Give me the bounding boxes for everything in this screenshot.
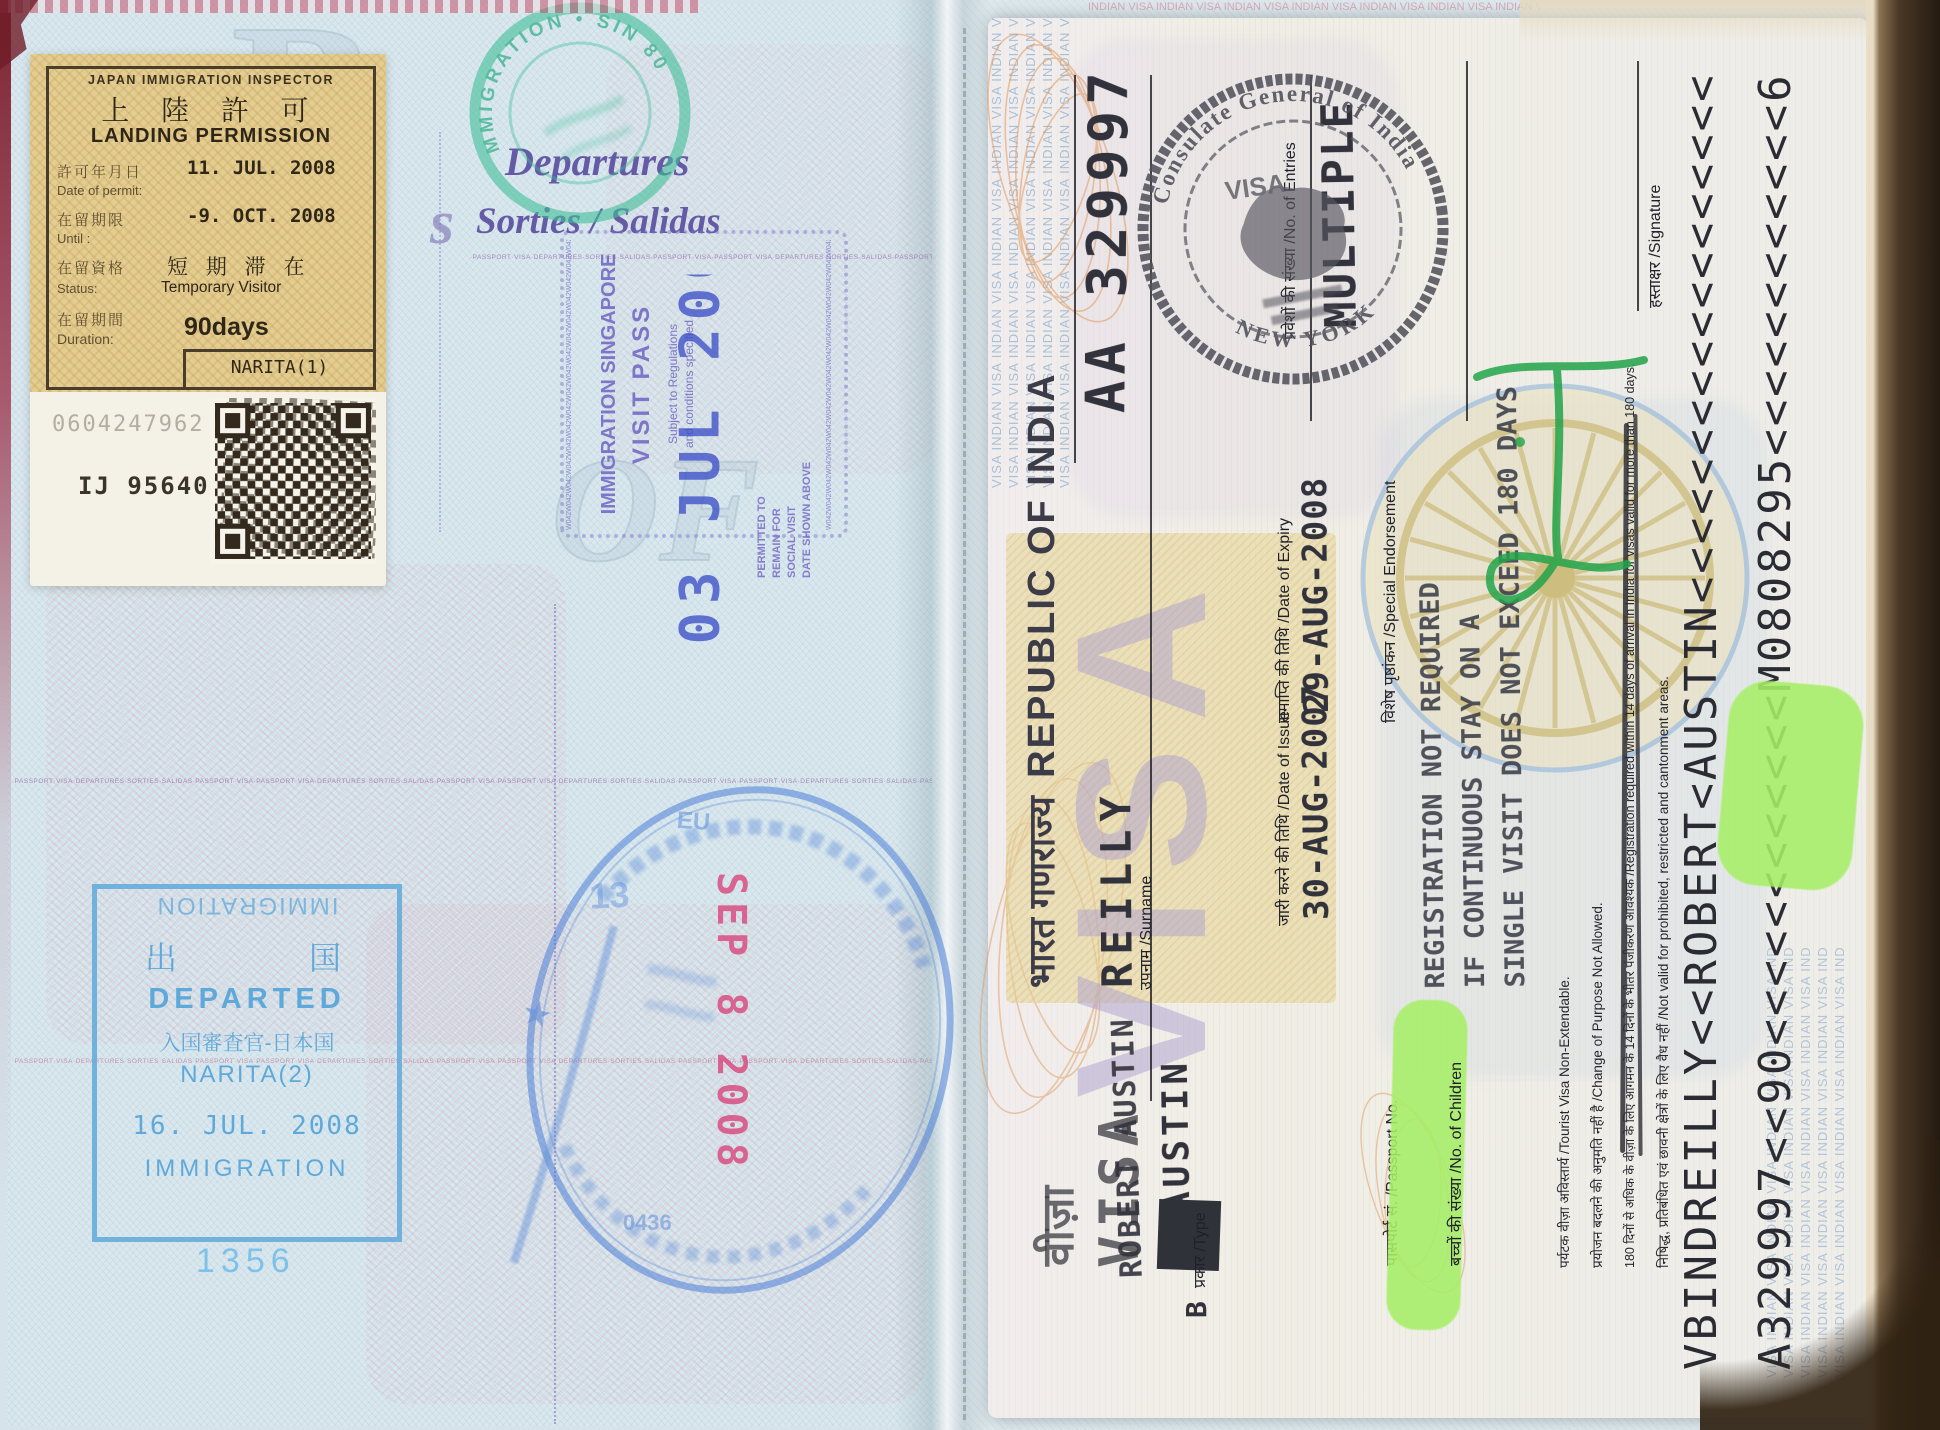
scan-edge-top-pattern — [0, 0, 700, 13]
condition-1: पर्यटक वीज़ा अविस्तार्य /Tourist Visa No… — [1548, 68, 1581, 1268]
date-of-expiry-value: 29-AUG-2008 — [1295, 477, 1337, 714]
date-of-permit-label-jp: 許可年月日 — [57, 161, 142, 182]
date-of-issue-label: जारी करने की तिथि /Date of Issue — [1272, 711, 1294, 926]
oval-stamp-mark-13: 13 — [588, 874, 630, 917]
japan-landing-permission-sticker: JAPAN IMMIGRATION INSPECTOR 上 陸 許 可 LAND… — [30, 54, 386, 586]
status-label-jp: 在留資格 — [57, 257, 125, 278]
page-corner-bottom-right — [1700, 1140, 1940, 1430]
duration-value: 90days — [184, 313, 269, 342]
date-of-permit-value: 11. JUL. 2008 — [187, 157, 336, 179]
status-value-en: Temporary Visitor — [161, 279, 281, 297]
departed-date: 16. JUL. 2008 — [97, 1111, 397, 1141]
sticker-title: LANDING PERMISSION — [49, 125, 373, 148]
consulate-general-round-stamp: Consulate General of India NEW YORK VISA — [1128, 64, 1458, 394]
green-round-immigration-stamp: • IMMIGRATION • SIN 800 • — [455, 0, 705, 242]
date-of-permit-label-en: Date of permit: — [57, 183, 142, 198]
security-dotted-line — [439, 132, 441, 532]
oval-stamp-mark-eu: EU — [676, 807, 711, 836]
visa-conditions: पर्यटक वीज़ा अविस्तार्य /Tourist Visa No… — [1548, 68, 1680, 1268]
visa-watermark: VISA — [1036, 562, 1248, 1098]
special-endorsement-label: विशेष पृष्ठांकन /Special Endorsement — [1378, 481, 1400, 723]
condition-2: प्रयोजन बदलने की अनुमति नहीं है /Change … — [1581, 68, 1614, 1268]
departed-kanji-left: 出 — [145, 933, 177, 979]
departed-kanji-right: 国 — [309, 933, 341, 979]
red-date-stamp: SEP 8 2008 — [662, 872, 754, 1202]
singapore-stamp-title: IMMIGRATION SINGAPORE — [598, 234, 621, 534]
surname-label: उपनाम /Surname — [1134, 876, 1156, 990]
sticker-serial-faint: 0604247962 — [52, 412, 204, 437]
condition-line: SOCIAL VISIT — [786, 506, 798, 578]
duration-label-jp: 在留期間 — [57, 309, 125, 330]
svg-text:NEW YORK: NEW YORK — [1229, 295, 1384, 362]
no-of-children-label: बच्चों की संख्या /No. of Children — [1444, 1062, 1466, 1266]
singapore-stamp-subtitle: VISIT PASS — [628, 234, 656, 534]
until-label-jp: 在留期限 — [57, 209, 125, 230]
until-value: -9. OCT. 2008 — [187, 205, 336, 227]
kanji-landing-permission: 上 陸 許 可 — [49, 89, 373, 129]
port-box: NARITA(1) — [183, 349, 373, 390]
sticker-lower-panel: 0604247962 IJ 9564063 — [30, 392, 386, 586]
visa-heading-english: REPUBLIC OF INDIA — [1021, 372, 1063, 778]
green-highlighter-mrz — [1714, 678, 1866, 894]
departed-port: NARITA(2) — [97, 1061, 397, 1089]
stamp-microtext-border: W042W042W042W042W042W042W042W042W042W042… — [566, 240, 573, 530]
status-label-en: Status: — [57, 281, 97, 296]
departed-bottom-immigration: IMMIGRATION — [97, 1155, 397, 1183]
visa-type-label: प्रकार /Type — [1188, 1212, 1210, 1288]
departed-office-jp: 入国審査官-日本国 — [97, 1027, 397, 1057]
port-value: NARITA(1) — [186, 357, 373, 378]
visa-heading-hindi: भारत गणराज्य — [1021, 796, 1062, 988]
status-value-jp: 短 期 滞 在 — [167, 251, 311, 281]
visa-heading: भारत गणराज्य REPUBLIC OF INDIA — [1016, 338, 1065, 988]
sticker-frame: JAPAN IMMIGRATION INSPECTOR 上 陸 許 可 LAND… — [46, 66, 376, 390]
consulate-stamp-bottom-arc: NEW YORK — [1229, 295, 1384, 362]
visa-type-value: B — [1180, 1301, 1213, 1318]
departed-stamp-number: 1356 — [196, 1242, 296, 1281]
departed-top-immigration: IMMIGRATION — [97, 891, 397, 919]
duration-label-en: Duration: — [57, 331, 114, 347]
ghost-letter-s: s — [430, 188, 454, 259]
japan-departed-stamp: IMMIGRATION 出 国 DEPARTED 入国審査官-日本国 NARIT… — [92, 884, 402, 1242]
given-name-overstamp: AUSTIN — [1155, 1059, 1199, 1214]
qr-code — [210, 398, 376, 564]
until-label-en: Until : — [57, 231, 90, 246]
departed-title: DEPARTED — [97, 983, 397, 1016]
singapore-entry-date: 03 JUL 2008 — [669, 275, 774, 645]
visa-word-hindi: वीज़ा — [1026, 1186, 1086, 1266]
passport-scan: B OF Departures Sorties / Salidas s ·PAS… — [0, 0, 1940, 1430]
red-date-text: SEP 8 2008 — [662, 872, 754, 1202]
singapore-entry-date-stamp: 03 JUL 2008 — [668, 275, 773, 645]
date-of-issue-value: 30-AUG-2007 — [1295, 684, 1337, 921]
oval-stamp-star-icon: ★ — [518, 993, 556, 1037]
sticker-upper-panel: JAPAN IMMIGRATION INSPECTOR 上 陸 許 可 LAND… — [30, 54, 386, 392]
visa-rule — [1074, 75, 1076, 463]
date-of-expiry-label: समाप्ति की तिथि /Date of Expiry — [1272, 518, 1294, 723]
sticker-header: JAPAN IMMIGRATION INSPECTOR — [49, 73, 373, 87]
condition-line: DATE SHOWN ABOVE — [801, 462, 813, 578]
oval-stamp-mark-0436: 0436 — [623, 1210, 672, 1235]
green-pen-signature — [1462, 322, 1662, 632]
scan-edge-left — [0, 0, 11, 1430]
